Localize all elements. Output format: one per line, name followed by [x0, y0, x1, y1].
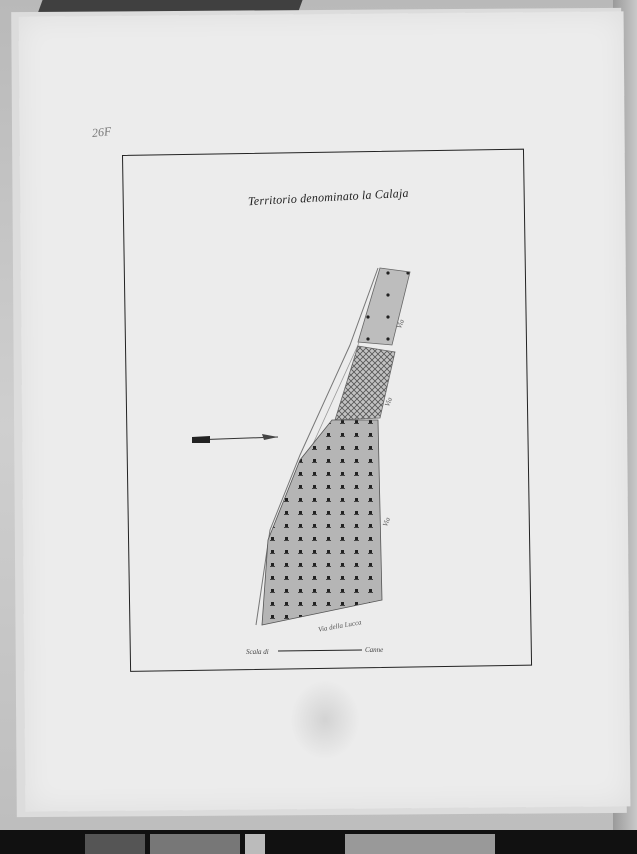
parcel-upper-strip	[358, 268, 410, 345]
scale-bar	[278, 650, 362, 651]
scale-unit: Canne	[365, 646, 383, 654]
direction-arrow-icon	[192, 434, 278, 443]
paper-stain	[290, 680, 360, 760]
bottom-film-edge	[0, 830, 637, 854]
scale-label: Scala di	[246, 648, 269, 656]
parcel-main	[262, 420, 382, 625]
